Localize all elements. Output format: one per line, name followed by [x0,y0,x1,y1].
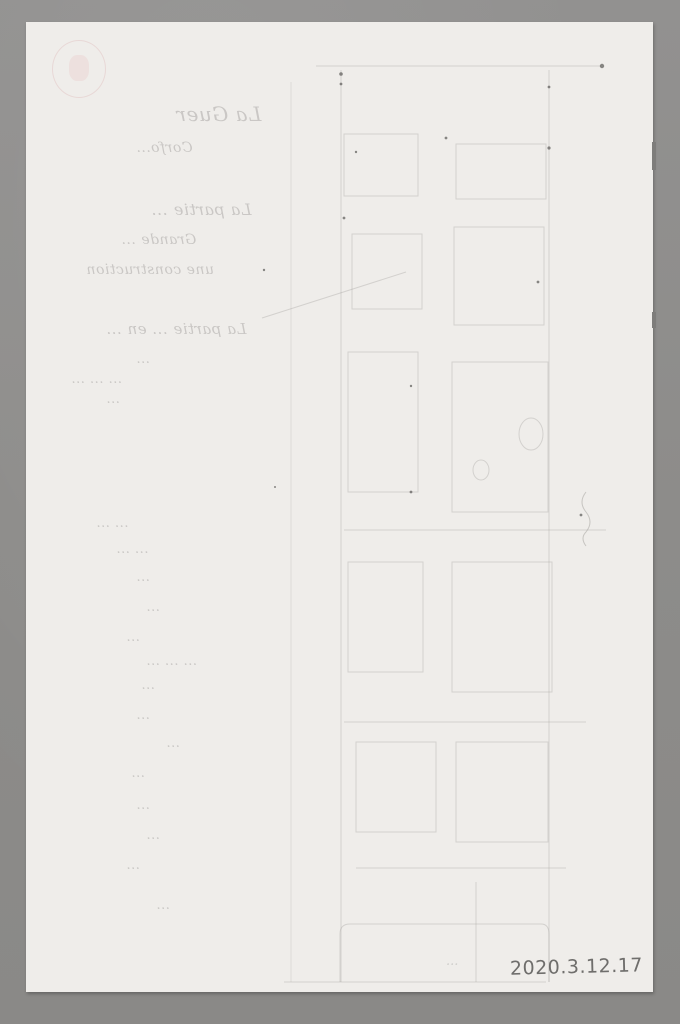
accession-number: 2020.3.12.17 [510,954,643,979]
faint-bottom-note: ... [446,954,458,969]
paper-sheet: La Guer Corfo... La partie ... Grande ..… [26,22,653,992]
architectural-sketch-show-through [26,22,653,992]
